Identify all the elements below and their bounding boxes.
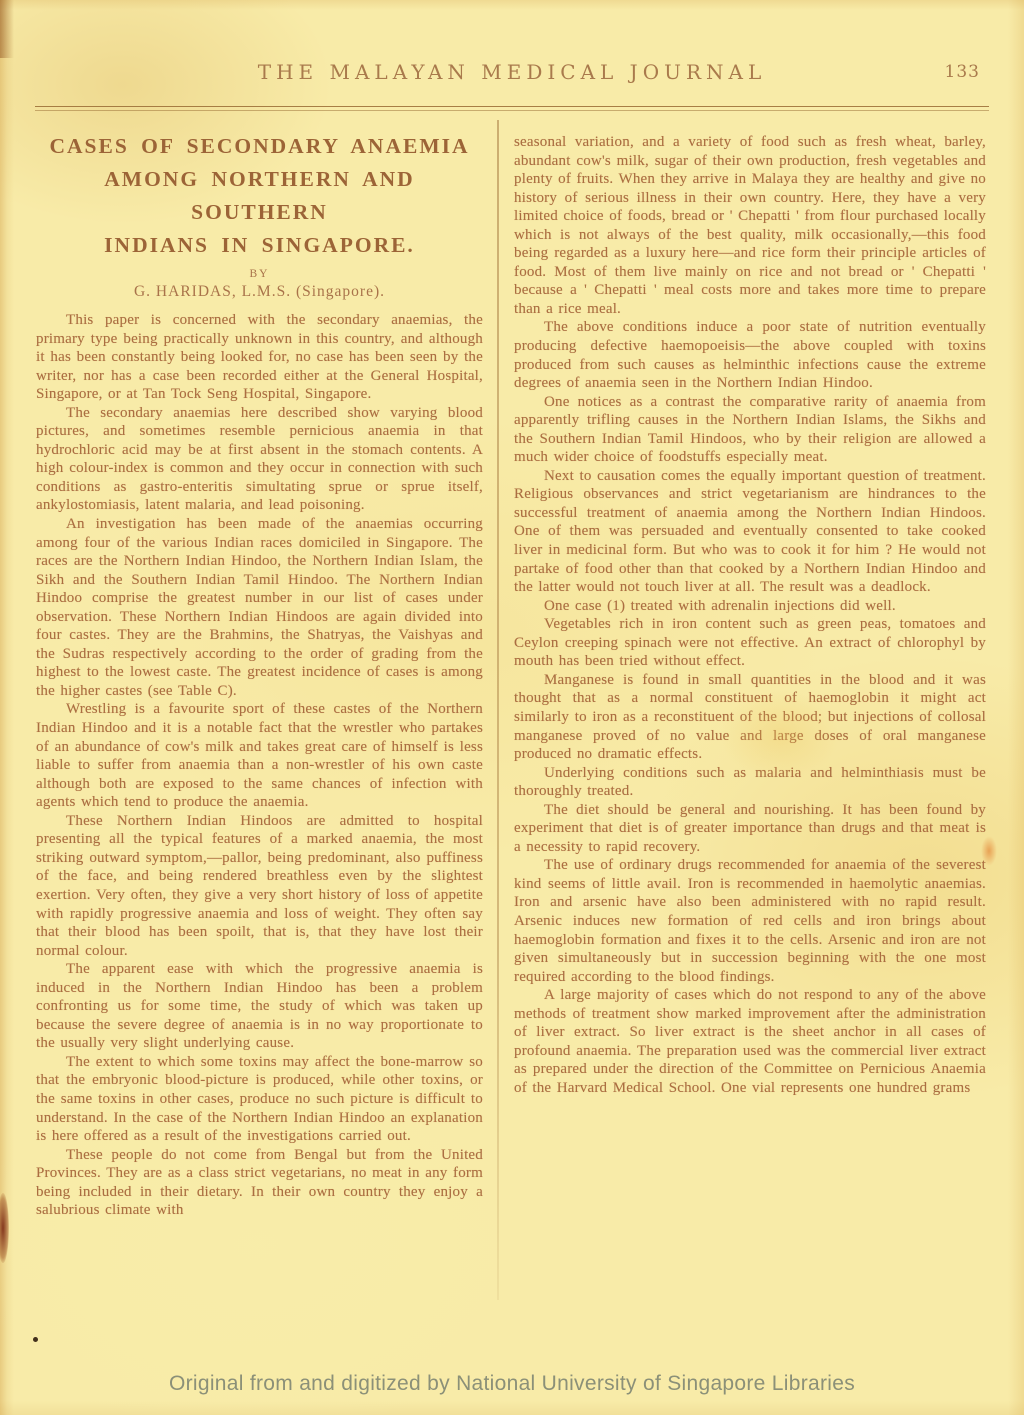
paragraph: The diet should be general and nourishin…: [514, 801, 986, 857]
paragraph: These Northern Indian Hindoos are admitt…: [36, 812, 483, 960]
paragraph: These people do not come from Bengal but…: [36, 1146, 483, 1220]
paragraph: One case (1) treated with adrenalin inje…: [514, 597, 986, 616]
paragraph: The apparent ease with which the progres…: [36, 960, 483, 1053]
paragraph: Vegetables rich in iron content such as …: [514, 615, 986, 671]
byline: BY: [36, 268, 483, 280]
scanned-journal-page: THE MALAYAN MEDICAL JOURNAL 133 CASES OF…: [0, 0, 1024, 1415]
column-divider-rule: [497, 120, 499, 1300]
digitization-attribution: Original from and digitized by National …: [0, 1372, 1024, 1396]
left-column-text: This paper is concerned with the seconda…: [36, 311, 483, 1220]
article-title-line: INDIANS IN SINGAPORE.: [36, 229, 483, 262]
article-title-line: CASES OF SECONDARY ANAEMIA: [36, 130, 483, 163]
header-double-rule: [35, 106, 989, 111]
paragraph: The extent to which some toxins may affe…: [36, 1053, 483, 1146]
left-column: CASES OF SECONDARY ANAEMIAAMONG NORTHERN…: [36, 130, 483, 1220]
paragraph: Wrestling is a favourite sport of these …: [36, 700, 483, 811]
journal-running-head: THE MALAYAN MEDICAL JOURNAL: [0, 60, 1024, 84]
paragraph: Manganese is found in small quantities i…: [514, 671, 986, 764]
article-title: CASES OF SECONDARY ANAEMIAAMONG NORTHERN…: [36, 130, 483, 262]
paragraph: The use of ordinary drugs recommended fo…: [514, 856, 986, 986]
paragraph: An investigation has been made of the an…: [36, 515, 483, 700]
page-number: 133: [945, 62, 980, 82]
paragraph: Next to causation comes the equally impo…: [514, 467, 986, 597]
paragraph: One notices as a contrast the comparativ…: [514, 393, 986, 467]
scan-shadow-top-left: [0, 0, 14, 58]
paragraph: A large majority of cases which do not r…: [514, 986, 986, 1097]
article-title-line: AMONG NORTHERN AND SOUTHERN: [36, 163, 483, 229]
scan-stain-left-edge: [0, 1193, 9, 1263]
right-column-text: seasonal variation, and a variety of foo…: [514, 133, 986, 1097]
paragraph: The above conditions induce a poor state…: [514, 318, 986, 392]
right-column: seasonal variation, and a variety of foo…: [514, 133, 986, 1097]
paragraph: The secondary anaemias here described sh…: [36, 404, 483, 515]
ink-dot-artifact: [33, 1337, 38, 1342]
paragraph: Underlying conditions such as malaria an…: [514, 764, 986, 801]
paragraph: seasonal variation, and a variety of foo…: [514, 133, 986, 318]
author-name: G. HARIDAS, L.M.S. (Singapore).: [36, 283, 483, 301]
paragraph: This paper is concerned with the seconda…: [36, 311, 483, 404]
